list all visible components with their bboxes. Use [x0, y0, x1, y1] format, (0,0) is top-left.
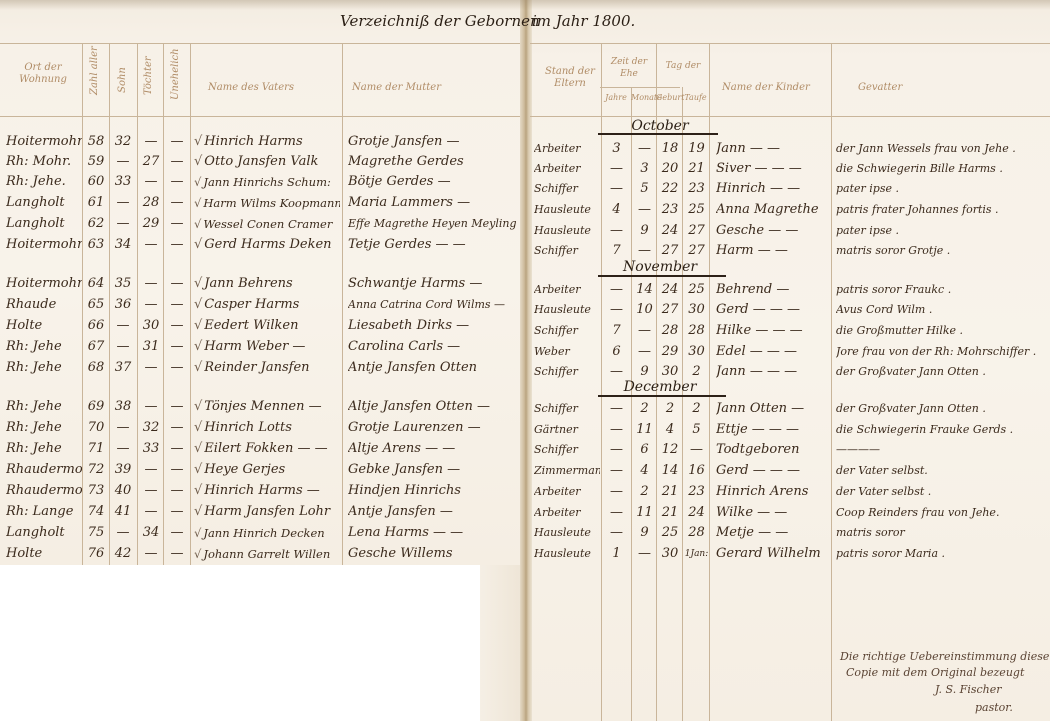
right-row-geb: 25 [658, 525, 682, 541]
right-row-monate: — [633, 546, 656, 562]
col-rule [109, 43, 110, 565]
right-row-jahre: 6 [603, 344, 630, 360]
left-row-sohn: — [111, 339, 135, 355]
right-row-stand: Schiffer [534, 243, 600, 259]
left-page-edge [480, 565, 523, 721]
check-mark-icon: √ [194, 154, 202, 169]
left-row-ort: Langholt [6, 525, 82, 541]
left-row-nr: 59 [84, 154, 108, 170]
left-row-tochter: 32 [139, 420, 163, 436]
left-row-unehel: — [165, 483, 189, 499]
right-row-stand: Hausleute [534, 546, 600, 562]
right-row-tauf: 5 [684, 422, 709, 438]
left-row-ort: Hoitermohr [6, 134, 82, 150]
header-gevatter: Gevatter [858, 82, 902, 94]
right-row-monate: — [633, 243, 656, 259]
signature-role: pastor. [975, 701, 1013, 715]
left-row-tochter: — [139, 360, 163, 376]
left-row-vater: √Reinder Jansfen [194, 360, 340, 376]
right-row-kind: Ettje — — — [716, 422, 830, 438]
left-row-nr: 75 [84, 525, 108, 541]
left-row-vater: √Hinrich Harms — [194, 483, 340, 499]
right-row-tauf: 30 [684, 302, 709, 318]
left-row-mutter: Hindjen Hinrichs [348, 483, 518, 499]
right-row-stand: Hausleute [534, 302, 600, 318]
left-row-vater: √Harm Wilms Koopmann [194, 195, 340, 211]
right-row-monate: 3 [633, 161, 656, 177]
check-mark-icon: √ [194, 441, 202, 456]
right-row-geb: 14 [658, 463, 682, 479]
right-row-kind: Hinrich — — [716, 181, 830, 197]
left-row-nr: 60 [84, 174, 108, 190]
right-row-monate: 4 [633, 463, 656, 479]
left-row-ort: Rhaude [6, 297, 82, 313]
left-row-sohn: — [111, 318, 135, 334]
right-row-gevatter: der Großvater Jann Otten . [836, 401, 1048, 417]
left-row-ort: Rh: Jehe [6, 420, 82, 436]
col-rule [163, 43, 164, 565]
register-title-left: Verzeichniß der Gebornen [340, 12, 540, 30]
left-row-mutter: Grotje Jansfen — [348, 134, 518, 150]
left-row-nr: 62 [84, 216, 108, 232]
father-name: Heye Gerjes [204, 462, 285, 477]
header-jahre: Jahre [601, 92, 631, 104]
left-row-sohn: 37 [111, 360, 135, 376]
right-row-jahre: — [603, 181, 630, 197]
right-row-geb: 30 [658, 546, 682, 562]
father-name: Harm Weber — [204, 339, 305, 354]
left-row-nr: 64 [84, 276, 108, 292]
right-row-monate: — [633, 202, 656, 218]
left-row-ort: Holte [6, 318, 82, 334]
right-row-tauf: 23 [684, 181, 709, 197]
left-row-sohn: 32 [111, 134, 135, 150]
header-top-rule-left [0, 43, 520, 44]
left-row-tochter: — [139, 399, 163, 415]
check-mark-icon: √ [194, 504, 202, 519]
left-row-tochter: — [139, 546, 163, 562]
right-row-gevatter: patris frater Johannes fortis . [836, 202, 1048, 218]
col-rule [137, 43, 138, 565]
header-tochter: Töchter [143, 65, 155, 95]
father-name: Reinder Jansfen [204, 360, 309, 375]
header-bottom-rule-right [530, 116, 1050, 117]
left-row-nr: 73 [84, 483, 108, 499]
right-row-jahre: 1 [603, 546, 630, 562]
right-page [530, 0, 1050, 721]
right-row-geb: 30 [658, 364, 682, 380]
father-name: Gerd Harms Deken [204, 237, 331, 252]
left-row-ort: Hoitermohr [6, 276, 82, 292]
right-row-geb: 24 [658, 223, 682, 239]
right-row-stand: Hausleute [534, 525, 600, 541]
left-row-tochter: 31 [139, 339, 163, 355]
left-row-tochter: — [139, 504, 163, 520]
right-row-gevatter: Jore frau von der Rh: Mohrschiffer . [836, 344, 1048, 360]
left-row-mutter: Effe Magrethe Heyen Meyling [348, 216, 518, 232]
left-row-tochter: 27 [139, 154, 163, 170]
right-row-gevatter: pater ipse . [836, 181, 1048, 197]
left-row-unehel: — [165, 195, 189, 211]
right-row-gevatter: Coop Reinders frau von Jehe. [836, 505, 1048, 521]
right-row-stand: Hausleute [534, 223, 600, 239]
left-row-ort: Rh: Lange [6, 504, 82, 520]
left-row-mutter: Magrethe Gerdes [348, 154, 518, 170]
left-row-unehel: — [165, 339, 189, 355]
check-mark-icon: √ [194, 217, 201, 231]
left-row-nr: 65 [84, 297, 108, 313]
right-row-monate: 2 [633, 401, 656, 417]
month-heading-october: October [600, 118, 720, 134]
left-row-ort: Holte [6, 546, 82, 562]
right-row-jahre: — [603, 422, 630, 438]
left-row-unehel: — [165, 174, 189, 190]
check-mark-icon: √ [194, 483, 202, 498]
left-row-vater: √Harm Weber — [194, 339, 340, 355]
header-taufe: Taufe [682, 92, 709, 104]
right-row-gevatter: der Jann Wessels frau von Jehe . [836, 141, 1048, 157]
left-row-unehel: — [165, 420, 189, 436]
father-name: Wessel Conen Cramer [203, 217, 332, 231]
right-row-kind: Siver — — — [716, 161, 830, 177]
col-rule [190, 43, 191, 565]
right-row-tauf: 16 [684, 463, 709, 479]
left-row-vater: √Tönjes Mennen — [194, 399, 340, 415]
father-name: Eedert Wilken [204, 318, 298, 333]
right-row-kind: Hinrich Arens [716, 484, 830, 500]
right-row-gevatter: pater ipse . [836, 223, 1048, 239]
right-row-kind: Gesche — — [716, 223, 830, 239]
father-name: Jann Behrens [204, 276, 292, 291]
right-row-tauf: 2 [684, 364, 709, 380]
col-rule [82, 43, 83, 565]
left-row-mutter: Grotje Laurenzen — [348, 420, 518, 436]
left-row-tochter: 30 [139, 318, 163, 334]
left-row-unehel: — [165, 276, 189, 292]
left-row-unehel: — [165, 525, 189, 541]
right-row-jahre: — [603, 302, 630, 318]
left-row-mutter: Bötje Gerdes — [348, 174, 518, 190]
right-row-monate: 11 [633, 505, 656, 521]
father-name: Hinrich Lotts [204, 420, 292, 435]
right-row-stand: Schiffer [534, 181, 600, 197]
right-row-kind: Gerard Wilhelm [716, 546, 830, 562]
left-row-sohn: 34 [111, 237, 135, 253]
left-row-tochter: — [139, 134, 163, 150]
left-row-tochter: — [139, 276, 163, 292]
left-row-nr: 71 [84, 441, 108, 457]
right-row-jahre: — [603, 442, 630, 458]
right-row-stand: Arbeiter [534, 141, 600, 157]
left-row-mutter: Altje Arens — — [348, 441, 518, 457]
col-rule [831, 43, 832, 721]
left-row-sohn: — [111, 216, 135, 232]
left-row-sohn: 39 [111, 462, 135, 478]
left-row-ort: Rh: Mohr. [6, 154, 82, 170]
father-name: Tönjes Mennen — [204, 399, 321, 414]
right-row-kind: Gerd — — — [716, 463, 830, 479]
left-row-sohn: — [111, 525, 135, 541]
right-row-jahre: — [603, 282, 630, 298]
check-mark-icon: √ [194, 318, 202, 333]
right-row-geb: 21 [658, 484, 682, 500]
right-row-kind: Harm — — [716, 243, 830, 259]
col-rule [342, 43, 343, 565]
father-name: Jann Hinrich Decken [203, 526, 324, 540]
right-row-geb: 23 [658, 202, 682, 218]
header-top-rule-right [530, 43, 1050, 44]
right-row-stand: Weber [534, 344, 600, 360]
right-row-kind: Edel — — — [716, 344, 830, 360]
right-row-geb: 12 [658, 442, 682, 458]
left-row-nr: 76 [84, 546, 108, 562]
right-row-gevatter: der Vater selbst . [836, 484, 1048, 500]
right-row-gevatter: der Vater selbst. [836, 463, 1048, 479]
right-row-monate: — [633, 141, 656, 157]
month-rule [598, 275, 726, 277]
check-mark-icon: √ [194, 420, 202, 435]
right-row-stand: Arbeiter [534, 282, 600, 298]
right-row-stand: Gärtner [534, 422, 600, 438]
left-row-vater: √Eedert Wilken [194, 318, 340, 334]
right-row-kind: Anna Magrethe [716, 202, 830, 218]
right-row-tauf: 30 [684, 344, 709, 360]
right-row-gevatter: patris soror Maria . [836, 546, 1048, 562]
right-row-tauf: 23 [684, 484, 709, 500]
right-row-tauf: 1Jan: [684, 546, 709, 562]
header-mutter: Name der Mutter [352, 82, 441, 94]
check-mark-icon: √ [194, 360, 202, 375]
left-row-mutter: Anna Catrina Cord Wilms — [348, 297, 518, 313]
check-mark-icon: √ [194, 526, 201, 540]
right-row-geb: 18 [658, 141, 682, 157]
left-row-mutter: Carolina Carls — [348, 339, 518, 355]
subheader-rule [600, 87, 680, 88]
right-row-monate: 9 [633, 223, 656, 239]
check-mark-icon: √ [194, 297, 202, 312]
left-row-nr: 70 [84, 420, 108, 436]
right-row-jahre: 7 [603, 323, 630, 339]
right-row-stand: Schiffer [534, 364, 600, 380]
father-name: Harm Jansfen Lohr [204, 504, 330, 519]
right-row-geb: 29 [658, 344, 682, 360]
left-row-tochter: — [139, 462, 163, 478]
right-row-tauf: 27 [684, 223, 709, 239]
left-row-unehel: — [165, 297, 189, 313]
header-zeit-ehe: Zeit der Ehe [606, 56, 652, 80]
right-row-jahre: — [603, 525, 630, 541]
left-row-unehel: — [165, 504, 189, 520]
left-row-sohn: 33 [111, 174, 135, 190]
right-row-stand: Hausleute [534, 202, 600, 218]
right-row-jahre: — [603, 223, 630, 239]
left-row-vater: √Gerd Harms Deken [194, 237, 340, 253]
right-row-jahre: — [603, 161, 630, 177]
right-row-jahre: — [603, 484, 630, 500]
left-row-mutter: Antje Jansfen Otten [348, 360, 518, 376]
right-row-tauf: 21 [684, 161, 709, 177]
right-row-stand: Arbeiter [534, 161, 600, 177]
certification-line-1: Die richtige Uebereinstimmung dieser [840, 650, 1050, 664]
right-row-gevatter: die Schwiegerin Frauke Gerds . [836, 422, 1048, 438]
left-row-ort: Rh: Jehe [6, 339, 82, 355]
left-row-ort: Langholt [6, 195, 82, 211]
left-row-mutter: Liesabeth Dirks — [348, 318, 518, 334]
header-stand: Stand der Eltern [545, 66, 595, 90]
left-row-nr: 61 [84, 195, 108, 211]
left-row-sohn: — [111, 195, 135, 211]
left-row-tochter: 33 [139, 441, 163, 457]
right-row-jahre: — [603, 401, 630, 417]
left-row-ort: Rh: Jehe. [6, 174, 82, 190]
left-row-sohn: 42 [111, 546, 135, 562]
month-heading-december: December [600, 379, 720, 395]
left-row-ort: Rhaudermohr [6, 462, 82, 478]
left-row-tochter: — [139, 174, 163, 190]
header-ort: Ort der Wohnung [18, 62, 68, 86]
left-row-unehel: — [165, 216, 189, 232]
right-row-kind: Jann Otten — [716, 401, 830, 417]
right-row-kind: Hilke — — — [716, 323, 830, 339]
left-row-unehel: — [165, 441, 189, 457]
right-row-tauf: 25 [684, 202, 709, 218]
right-row-stand: Arbeiter [534, 505, 600, 521]
left-row-vater: √Jann Behrens [194, 276, 340, 292]
right-row-jahre: — [603, 463, 630, 479]
left-row-vater: √Wessel Conen Cramer [194, 216, 340, 232]
right-row-jahre: 3 [603, 141, 630, 157]
right-row-monate: 10 [633, 302, 656, 318]
right-row-stand: Zimmermann [534, 463, 600, 479]
left-row-tochter: 28 [139, 195, 163, 211]
left-row-sohn: — [111, 441, 135, 457]
book-gutter [520, 0, 532, 721]
left-row-tochter: 29 [139, 216, 163, 232]
left-row-nr: 69 [84, 399, 108, 415]
left-row-tochter: — [139, 483, 163, 499]
right-row-gevatter: matris soror Grotje . [836, 243, 1048, 259]
right-row-geb: 20 [658, 161, 682, 177]
check-mark-icon: √ [194, 339, 202, 354]
left-row-unehel: — [165, 399, 189, 415]
right-row-jahre: — [603, 505, 630, 521]
left-row-ort: Langholt [6, 216, 82, 232]
right-row-tauf: 19 [684, 141, 709, 157]
right-row-monate: 9 [633, 364, 656, 380]
header-vater: Name des Vaters [208, 82, 294, 94]
left-row-nr: 68 [84, 360, 108, 376]
right-row-tauf: — [684, 442, 709, 458]
right-row-tauf: 28 [684, 525, 709, 541]
left-row-vater: √Johann Garrelt Willen [194, 546, 340, 562]
left-row-tochter: 34 [139, 525, 163, 541]
right-row-gevatter: der Großvater Jann Otten . [836, 364, 1048, 380]
father-name: Hinrich Harms [204, 134, 302, 149]
left-row-mutter: Gesche Willems [348, 546, 518, 562]
left-row-tochter: — [139, 297, 163, 313]
left-row-sohn: 40 [111, 483, 135, 499]
left-row-nr: 66 [84, 318, 108, 334]
right-row-tauf: 28 [684, 323, 709, 339]
left-row-mutter: Lena Harms — — [348, 525, 518, 541]
col-rule [631, 87, 632, 721]
month-rule [598, 133, 718, 135]
right-row-gevatter: die Schwiegerin Bille Harms . [836, 161, 1048, 177]
right-row-geb: 4 [658, 422, 682, 438]
check-mark-icon: √ [194, 196, 201, 210]
right-row-stand: Schiffer [534, 323, 600, 339]
right-row-geb: 22 [658, 181, 682, 197]
col-rule [682, 87, 683, 721]
left-row-unehel: — [165, 462, 189, 478]
left-row-nr: 58 [84, 134, 108, 150]
left-row-vater: √Otto Jansfen Valk [194, 154, 340, 170]
left-row-ort: Rh: Jehe [6, 360, 82, 376]
header-unehelich: Unehelich [170, 60, 182, 100]
left-row-mutter: Tetje Gerdes — — [348, 237, 518, 253]
father-name: Johann Garrelt Willen [203, 547, 330, 561]
right-row-gevatter: Avus Cord Wilm . [836, 302, 1048, 318]
header-monate: Monate [631, 92, 656, 104]
father-name: Casper Harms [204, 297, 299, 312]
right-row-kind: Behrend — [716, 282, 830, 298]
left-row-unehel: — [165, 318, 189, 334]
left-row-tochter: — [139, 237, 163, 253]
left-row-vater: √Casper Harms [194, 297, 340, 313]
header-bottom-rule-left [0, 116, 520, 117]
left-row-mutter: Altje Jansfen Otten — [348, 399, 518, 415]
left-row-mutter: Antje Jansfen — [348, 504, 518, 520]
check-mark-icon: √ [194, 462, 202, 477]
register-title-right: im Jahr 1800. [532, 12, 635, 30]
left-row-unehel: — [165, 360, 189, 376]
right-row-geb: 2 [658, 401, 682, 417]
right-row-monate: 6 [633, 442, 656, 458]
left-row-unehel: — [165, 237, 189, 253]
left-row-ort: Rh: Jehe [6, 441, 82, 457]
father-name: Jann Hinrichs Schum: [203, 175, 331, 189]
left-row-unehel: — [165, 546, 189, 562]
left-row-vater: √Hinrich Lotts [194, 420, 340, 436]
left-row-sohn: 38 [111, 399, 135, 415]
father-name: Harm Wilms Koopmann [203, 196, 340, 210]
check-mark-icon: √ [194, 399, 202, 414]
left-row-ort: Rh: Jehe [6, 399, 82, 415]
right-row-geb: 21 [658, 505, 682, 521]
right-row-kind: Metje — — [716, 525, 830, 541]
left-row-sohn: — [111, 420, 135, 436]
right-row-monate: 11 [633, 422, 656, 438]
right-row-kind: Jann — — — [716, 364, 830, 380]
left-row-sohn: — [111, 154, 135, 170]
right-row-kind: Todtgeboren [716, 442, 830, 458]
left-row-unehel: — [165, 154, 189, 170]
right-row-monate: 9 [633, 525, 656, 541]
left-row-sohn: 36 [111, 297, 135, 313]
header-zahl-aller: Zahl aller [89, 65, 101, 95]
header-kind: Name der Kinder [722, 82, 810, 94]
right-row-kind: Jann — — [716, 141, 830, 157]
right-row-jahre: — [603, 364, 630, 380]
right-row-gevatter: die Großmutter Hilke . [836, 323, 1048, 339]
right-row-gevatter: patris soror Fraukc . [836, 282, 1048, 298]
check-mark-icon: √ [194, 134, 202, 149]
check-mark-icon: √ [194, 276, 202, 291]
left-row-sohn: 35 [111, 276, 135, 292]
left-row-mutter: Schwantje Harms — [348, 276, 518, 292]
top-shadow [0, 0, 1050, 10]
father-name: Eilert Fokken — — [204, 441, 327, 456]
